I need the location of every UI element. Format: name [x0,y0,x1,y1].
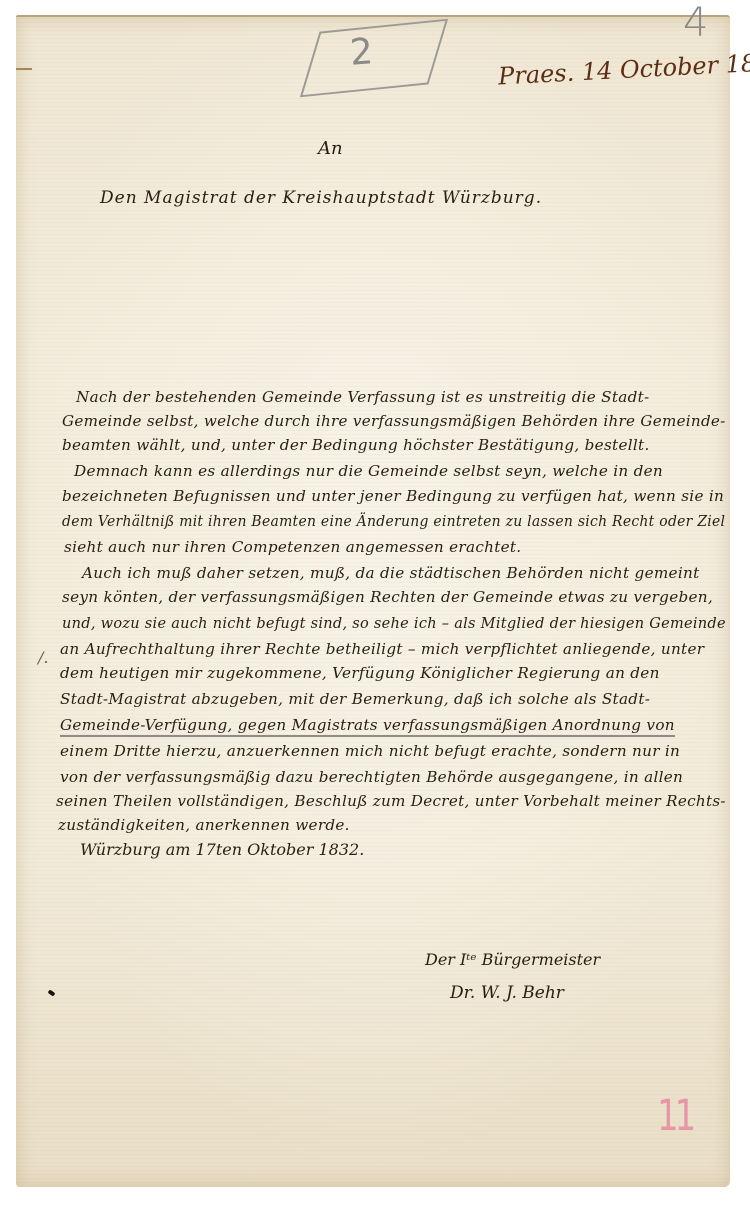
salutation: An [318,138,343,159]
body-line: Gemeinde selbst, welche durch ihre verfa… [62,412,726,430]
place-date: Würzburg am 17ten Oktober 1832. [80,840,364,859]
addressee: Den Magistrat der Kreishauptstadt Würzbu… [100,188,542,208]
body-line: und, wozu sie auch nicht befugt sind, so… [62,614,726,632]
body-line: dem heutigen mir zugekommene, Verfügung … [60,664,660,682]
body-line: bezeichneten Befugnissen und unter jener… [62,487,724,505]
body-line: seinen Theilen vollständigen, Beschluß z… [56,792,726,810]
body-line: Gemeinde-Verfügung, gegen Magistrats ver… [60,716,675,737]
body-line: einem Dritte hierzu, anzuerkennen mich n… [60,742,680,760]
body-line: Demnach kann es allerdings nur die Gemei… [74,462,663,480]
margin-mark: /. [38,648,48,667]
body-line: Stadt-Magistrat abzugeben, mit der Bemer… [60,690,650,708]
folio-number: 4 [683,0,708,46]
body-line: an Aufrechthaltung ihrer Rechte betheili… [60,640,704,658]
stamp-number: 11 [657,1091,692,1141]
body-line: von der verfassungsmäßig dazu berechtigt… [60,768,683,786]
body-line: sieht auch nur ihren Competenzen angemes… [64,538,521,556]
signature-name: Dr. W. J. Behr [450,983,564,1003]
body-line: seyn könten, der verfassungsmäßigen Rech… [62,588,713,606]
body-line: Auch ich muß daher setzen, muß, da die s… [82,564,699,582]
body-line: zuständigkeiten, anerkennen werde. [58,816,350,834]
body-line: dem Verhältniß mit ihren Beamten eine Än… [62,512,725,530]
signature-title: Der Iᵗᵉ Bürgermeister [425,950,600,969]
body-line: Nach der bestehenden Gemeinde Verfassung… [76,388,650,406]
paper-edge-tear [16,68,32,70]
archive-number: 2 [349,31,375,73]
body-line: beamten wählt, und, unter der Bedingung … [62,436,650,454]
